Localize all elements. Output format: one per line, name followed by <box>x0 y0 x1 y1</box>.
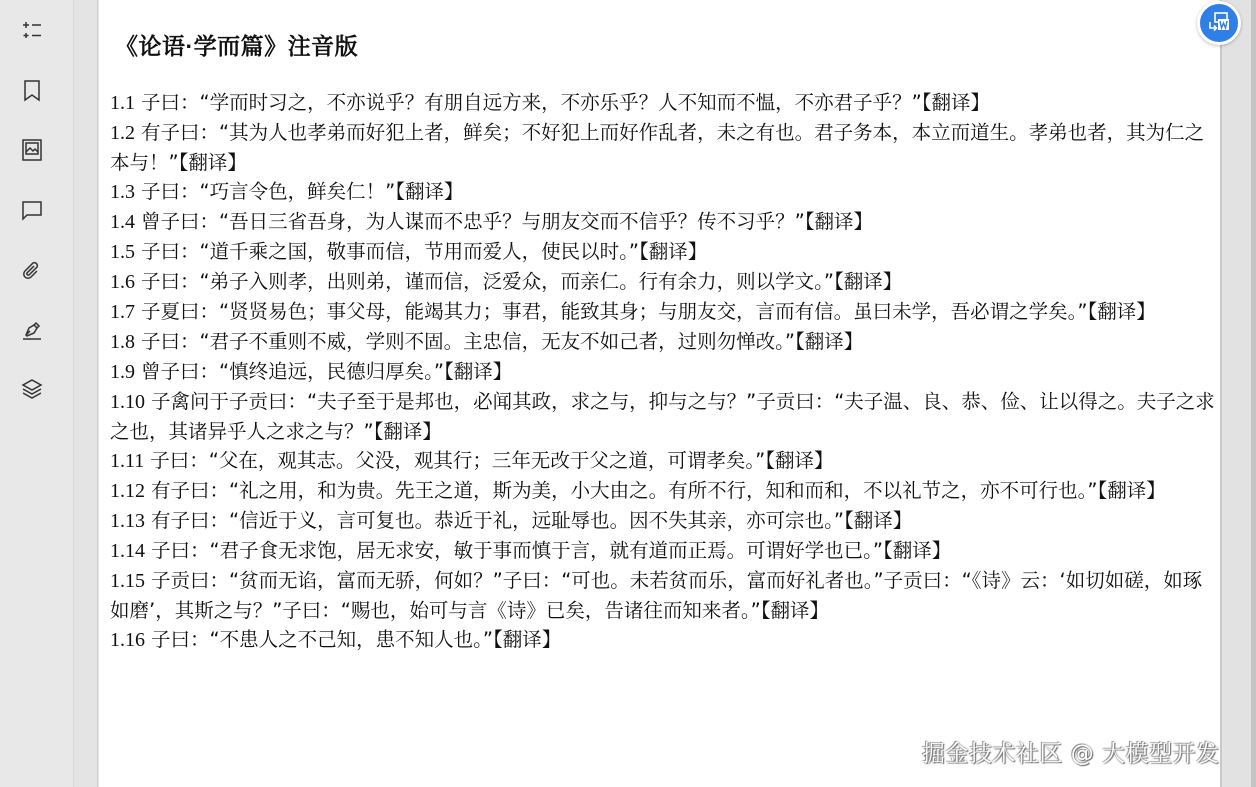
translate-link[interactable]: 【翻译】 <box>639 240 707 263</box>
entry-1-2: 1.2有子曰：“其为人也孝弟而好犯上者，鲜矣；不好犯上而好作乱者，未之有也。君子… <box>110 118 1215 177</box>
thumbnail-button[interactable] <box>17 135 47 165</box>
translate-link[interactable]: 【翻译】 <box>805 210 873 233</box>
entry-1-10: 1.10子禽问于子贡曰：“夫子至于是邦也，必闻其政，求之与，抑与之与？”子贡曰：… <box>110 387 1215 446</box>
pdf-reader: 《论语·学而篇》注音版 1.1子曰：“学而时习之，不亦说乎？有朋自远方来，不亦乐… <box>0 0 1256 787</box>
translate-link[interactable]: 【翻译】 <box>922 91 990 114</box>
translate-link[interactable]: 【翻译】 <box>179 151 247 174</box>
document-title: 《论语·学而篇》注音版 <box>115 28 358 61</box>
translate-link[interactable]: 【翻译】 <box>444 360 512 383</box>
entry-1-3: 1.3子曰：“巧言令色，鲜矣仁！”【翻译】 <box>110 177 1215 207</box>
attachment-icon <box>20 258 44 282</box>
translate-link[interactable]: 【翻译】 <box>844 509 912 532</box>
entry-1-12: 1.12有子曰：“礼之用，和为贵。先王之道，斯为美，小大由之。有所不行，知和而和… <box>110 476 1215 506</box>
attachment-button[interactable] <box>17 255 47 285</box>
right-panel-gutter <box>1224 0 1251 787</box>
layers-icon <box>20 377 44 401</box>
translate-link[interactable]: 【翻译】 <box>493 628 561 651</box>
entry-1-8: 1.8子曰：“君子不重则不威，学则不固。主忠信，无友不如己者，过则勿惮改。”【翻… <box>110 327 1215 357</box>
translate-link[interactable]: 【翻译】 <box>765 449 833 472</box>
translate-link[interactable]: 【翻译】 <box>1097 479 1165 502</box>
translate-link[interactable]: 【翻译】 <box>761 599 829 622</box>
convert-to-word-button[interactable] <box>1197 1 1241 45</box>
image-icon <box>20 138 44 162</box>
bookmark-button[interactable] <box>17 76 47 106</box>
entry-1-4: 1.4曾子曰：“吾日三省吾身，为人谋而不忠乎？与朋友交而不信乎？传不习乎？”【翻… <box>110 207 1215 237</box>
entry-1-13: 1.13有子曰：“信近于义，言可复也。恭近于礼，远耻辱也。因不失其亲，亦可宗也。… <box>110 506 1215 536</box>
translate-link[interactable]: 【翻译】 <box>374 420 442 443</box>
document-page: 《论语·学而篇》注音版 1.1子曰：“学而时习之，不亦说乎？有朋自远方来，不亦乐… <box>99 0 1222 787</box>
comment-button[interactable] <box>17 195 47 225</box>
entry-1-11: 1.11子曰：“父在，观其志。父没，观其行；三年无改于父之道，可谓孝矣。”【翻译… <box>110 446 1215 476</box>
entry-1-15: 1.15子贡曰：“贫而无谄，富而无骄，何如？”子曰：“可也。未若贫而乐，富而好礼… <box>110 566 1215 625</box>
tool-rail <box>0 0 74 787</box>
signature-icon <box>20 318 44 342</box>
translate-link[interactable]: 【翻译】 <box>795 330 863 353</box>
entry-1-9: 1.9曾子曰：“慎终追远，民德归厚矣。”【翻译】 <box>110 357 1215 387</box>
entry-1-16: 1.16子曰：“不患人之不己知，患不知人也。”【翻译】 <box>110 625 1215 655</box>
entry-1-1: 1.1子曰：“学而时习之，不亦说乎？有朋自远方来，不亦乐乎？人不知而不愠，不亦君… <box>110 88 1215 118</box>
convert-to-word-icon <box>1206 10 1232 36</box>
watermark: 掘金技术社区 @ 大模型开发 <box>922 735 1220 768</box>
entry-1-7: 1.7子夏曰：“贤贤易色；事父母，能竭其力；事君，能致其身；与朋友交，言而有信。… <box>110 297 1215 327</box>
translate-link[interactable]: 【翻译】 <box>395 180 463 203</box>
entry-list: 1.1子曰：“学而时习之，不亦说乎？有朋自远方来，不亦乐乎？人不知而不愠，不亦君… <box>110 88 1215 655</box>
translate-link[interactable]: 【翻译】 <box>834 270 902 293</box>
vertical-scrollbar[interactable] <box>1251 0 1256 787</box>
entry-1-14: 1.14子曰：“君子食无求饱，居无求安，敏于事而慎于言，就有道而正焉。可谓好学也… <box>110 536 1215 566</box>
sidebar-gutter <box>75 0 98 787</box>
bookmark-icon <box>20 79 44 103</box>
outline-button[interactable] <box>17 16 47 46</box>
entry-1-5: 1.5子曰：“道千乘之国，敬事而信，节用而爱人，使民以时。”【翻译】 <box>110 237 1215 267</box>
comment-icon <box>20 198 44 222</box>
translate-link[interactable]: 【翻译】 <box>883 539 951 562</box>
signature-button[interactable] <box>17 315 47 345</box>
translate-link[interactable]: 【翻译】 <box>1087 300 1155 323</box>
entry-1-6: 1.6子曰：“弟子入则孝，出则弟，谨而信，泛爱众，而亲仁。行有余力，则以学文。”… <box>110 267 1215 297</box>
layers-button[interactable] <box>17 374 47 404</box>
outline-icon <box>20 19 44 43</box>
